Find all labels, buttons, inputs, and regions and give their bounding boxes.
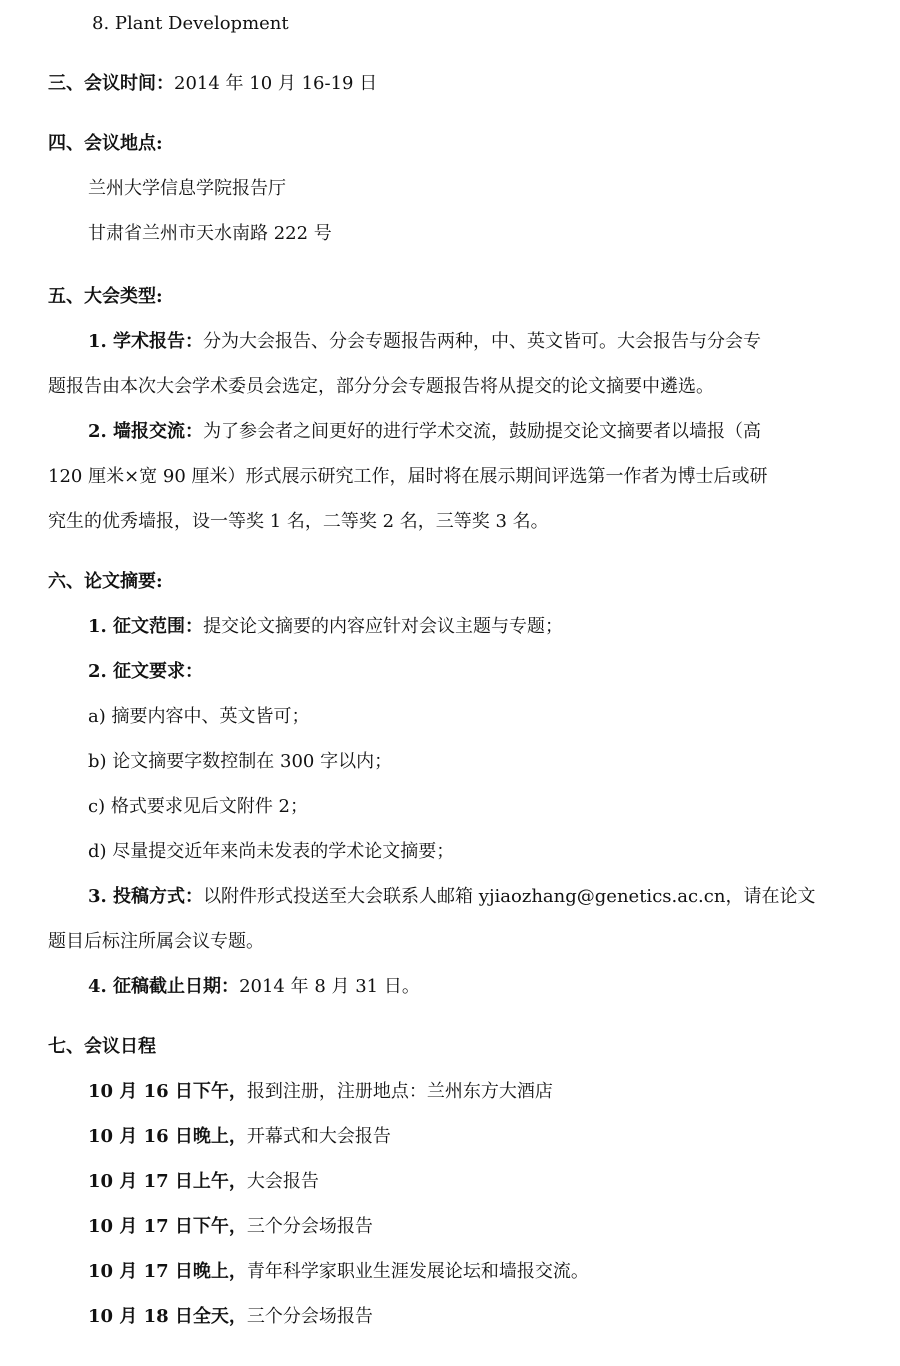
abstract-item-3-cont: 题目后标注所属会议专题。 xyxy=(48,930,264,954)
section-heading: 三、会议时间： xyxy=(48,73,174,94)
schedule-item: 10 月 17 日上午，大会报告 xyxy=(88,1170,319,1194)
type-item-2-cont2: 究生的优秀墙报，设一等奖 1 名，二等奖 2 名，三等奖 3 名。 xyxy=(48,510,549,534)
schedule-time: 10 月 18 日全天， xyxy=(88,1306,247,1327)
deadline-date: 2014 年 8 月 31 日。 xyxy=(239,976,420,997)
abstract-item-1: 1. 征文范围：提交论文摘要的内容应针对会议主题与专题； xyxy=(88,615,563,639)
schedule-event: 大会报告 xyxy=(247,1171,319,1192)
schedule-item: 10 月 18 日全天，三个分会场报告 xyxy=(88,1305,373,1329)
item-text: 提交论文摘要的内容应针对会议主题与专题； xyxy=(203,616,563,637)
venue-address: 甘肃省兰州市天水南路 222 号 xyxy=(88,222,332,246)
item-text: 分为大会报告、分会专题报告两种，中、英文皆可。大会报告与分会专 xyxy=(203,331,761,352)
item-label: 3. 投稿方式： xyxy=(88,886,203,907)
section-heading-schedule: 七、会议日程 xyxy=(48,1035,156,1059)
item-label: 1. 征文范围： xyxy=(88,616,203,637)
schedule-event: 三个分会场报告 xyxy=(247,1216,373,1237)
schedule-time: 10 月 16 日晚上， xyxy=(88,1126,247,1147)
section-heading-venue: 四、会议地点: xyxy=(48,132,163,156)
venue-line: 兰州大学信息学院报告厅 xyxy=(88,177,286,201)
type-item-2: 2. 墙报交流：为了参会者之间更好的进行学术交流，鼓励提交论文摘要者以墙报（高 xyxy=(88,420,761,444)
schedule-item: 10 月 17 日晚上，青年科学家职业生涯发展论坛和墙报交流。 xyxy=(88,1260,589,1284)
schedule-event: 报到注册，注册地点：兰州东方大酒店 xyxy=(247,1081,553,1102)
requirement-d: d) 尽量提交近年来尚未发表的学术论文摘要； xyxy=(88,840,454,864)
item-text: 为了参会者之间更好的进行学术交流，鼓励提交论文摘要者以墙报（高 xyxy=(203,421,761,442)
type-item-1-cont: 题报告由本次大会学术委员会选定，部分分会专题报告将从提交的论文摘要中遴选。 xyxy=(48,375,714,399)
section-meeting-time: 三、会议时间：2014 年 10 月 16-19 日 xyxy=(48,72,377,96)
item-label: 2. 墙报交流： xyxy=(88,421,203,442)
type-item-2-cont: 120 厘米×宽 90 厘米）形式展示研究工作，届时将在展示期间评选第一作者为博… xyxy=(48,465,768,489)
topic-item-8: 8. Plant Development xyxy=(92,12,289,36)
schedule-time: 10 月 17 日上午， xyxy=(88,1171,247,1192)
schedule-time: 10 月 17 日晚上， xyxy=(88,1261,247,1282)
abstract-item-2: 2. 征文要求： xyxy=(88,660,203,684)
schedule-time: 10 月 17 日下午， xyxy=(88,1216,247,1237)
meeting-dates: 2014 年 10 月 16-19 日 xyxy=(174,73,377,94)
schedule-event: 开幕式和大会报告 xyxy=(247,1126,391,1147)
schedule-event: 三个分会场报告 xyxy=(247,1306,373,1327)
requirement-b: b) 论文摘要字数控制在 300 字以内； xyxy=(88,750,392,774)
schedule-event: 青年科学家职业生涯发展论坛和墙报交流。 xyxy=(247,1261,589,1282)
submission-email-text: 以附件形式投送至大会联系人邮箱 yjiaozhang@genetics.ac.c… xyxy=(203,886,815,907)
schedule-item: 10 月 16 日下午，报到注册，注册地点：兰州东方大酒店 xyxy=(88,1080,553,1104)
section-heading-types: 五、大会类型: xyxy=(48,285,163,309)
requirement-a: a) 摘要内容中、英文皆可； xyxy=(88,705,309,729)
requirement-c: c) 格式要求见后文附件 2； xyxy=(88,795,308,819)
abstract-item-3: 3. 投稿方式：以附件形式投送至大会联系人邮箱 yjiaozhang@genet… xyxy=(88,885,815,909)
item-label: 4. 征稿截止日期： xyxy=(88,976,239,997)
schedule-item: 10 月 17 日下午，三个分会场报告 xyxy=(88,1215,373,1239)
schedule-time: 10 月 16 日下午， xyxy=(88,1081,247,1102)
section-heading-abstracts: 六、论文摘要: xyxy=(48,570,163,594)
schedule-item: 10 月 16 日晚上，开幕式和大会报告 xyxy=(88,1125,391,1149)
type-item-1: 1. 学术报告：分为大会报告、分会专题报告两种，中、英文皆可。大会报告与分会专 xyxy=(88,330,761,354)
abstract-item-4: 4. 征稿截止日期：2014 年 8 月 31 日。 xyxy=(88,975,420,999)
item-label: 1. 学术报告： xyxy=(88,331,203,352)
